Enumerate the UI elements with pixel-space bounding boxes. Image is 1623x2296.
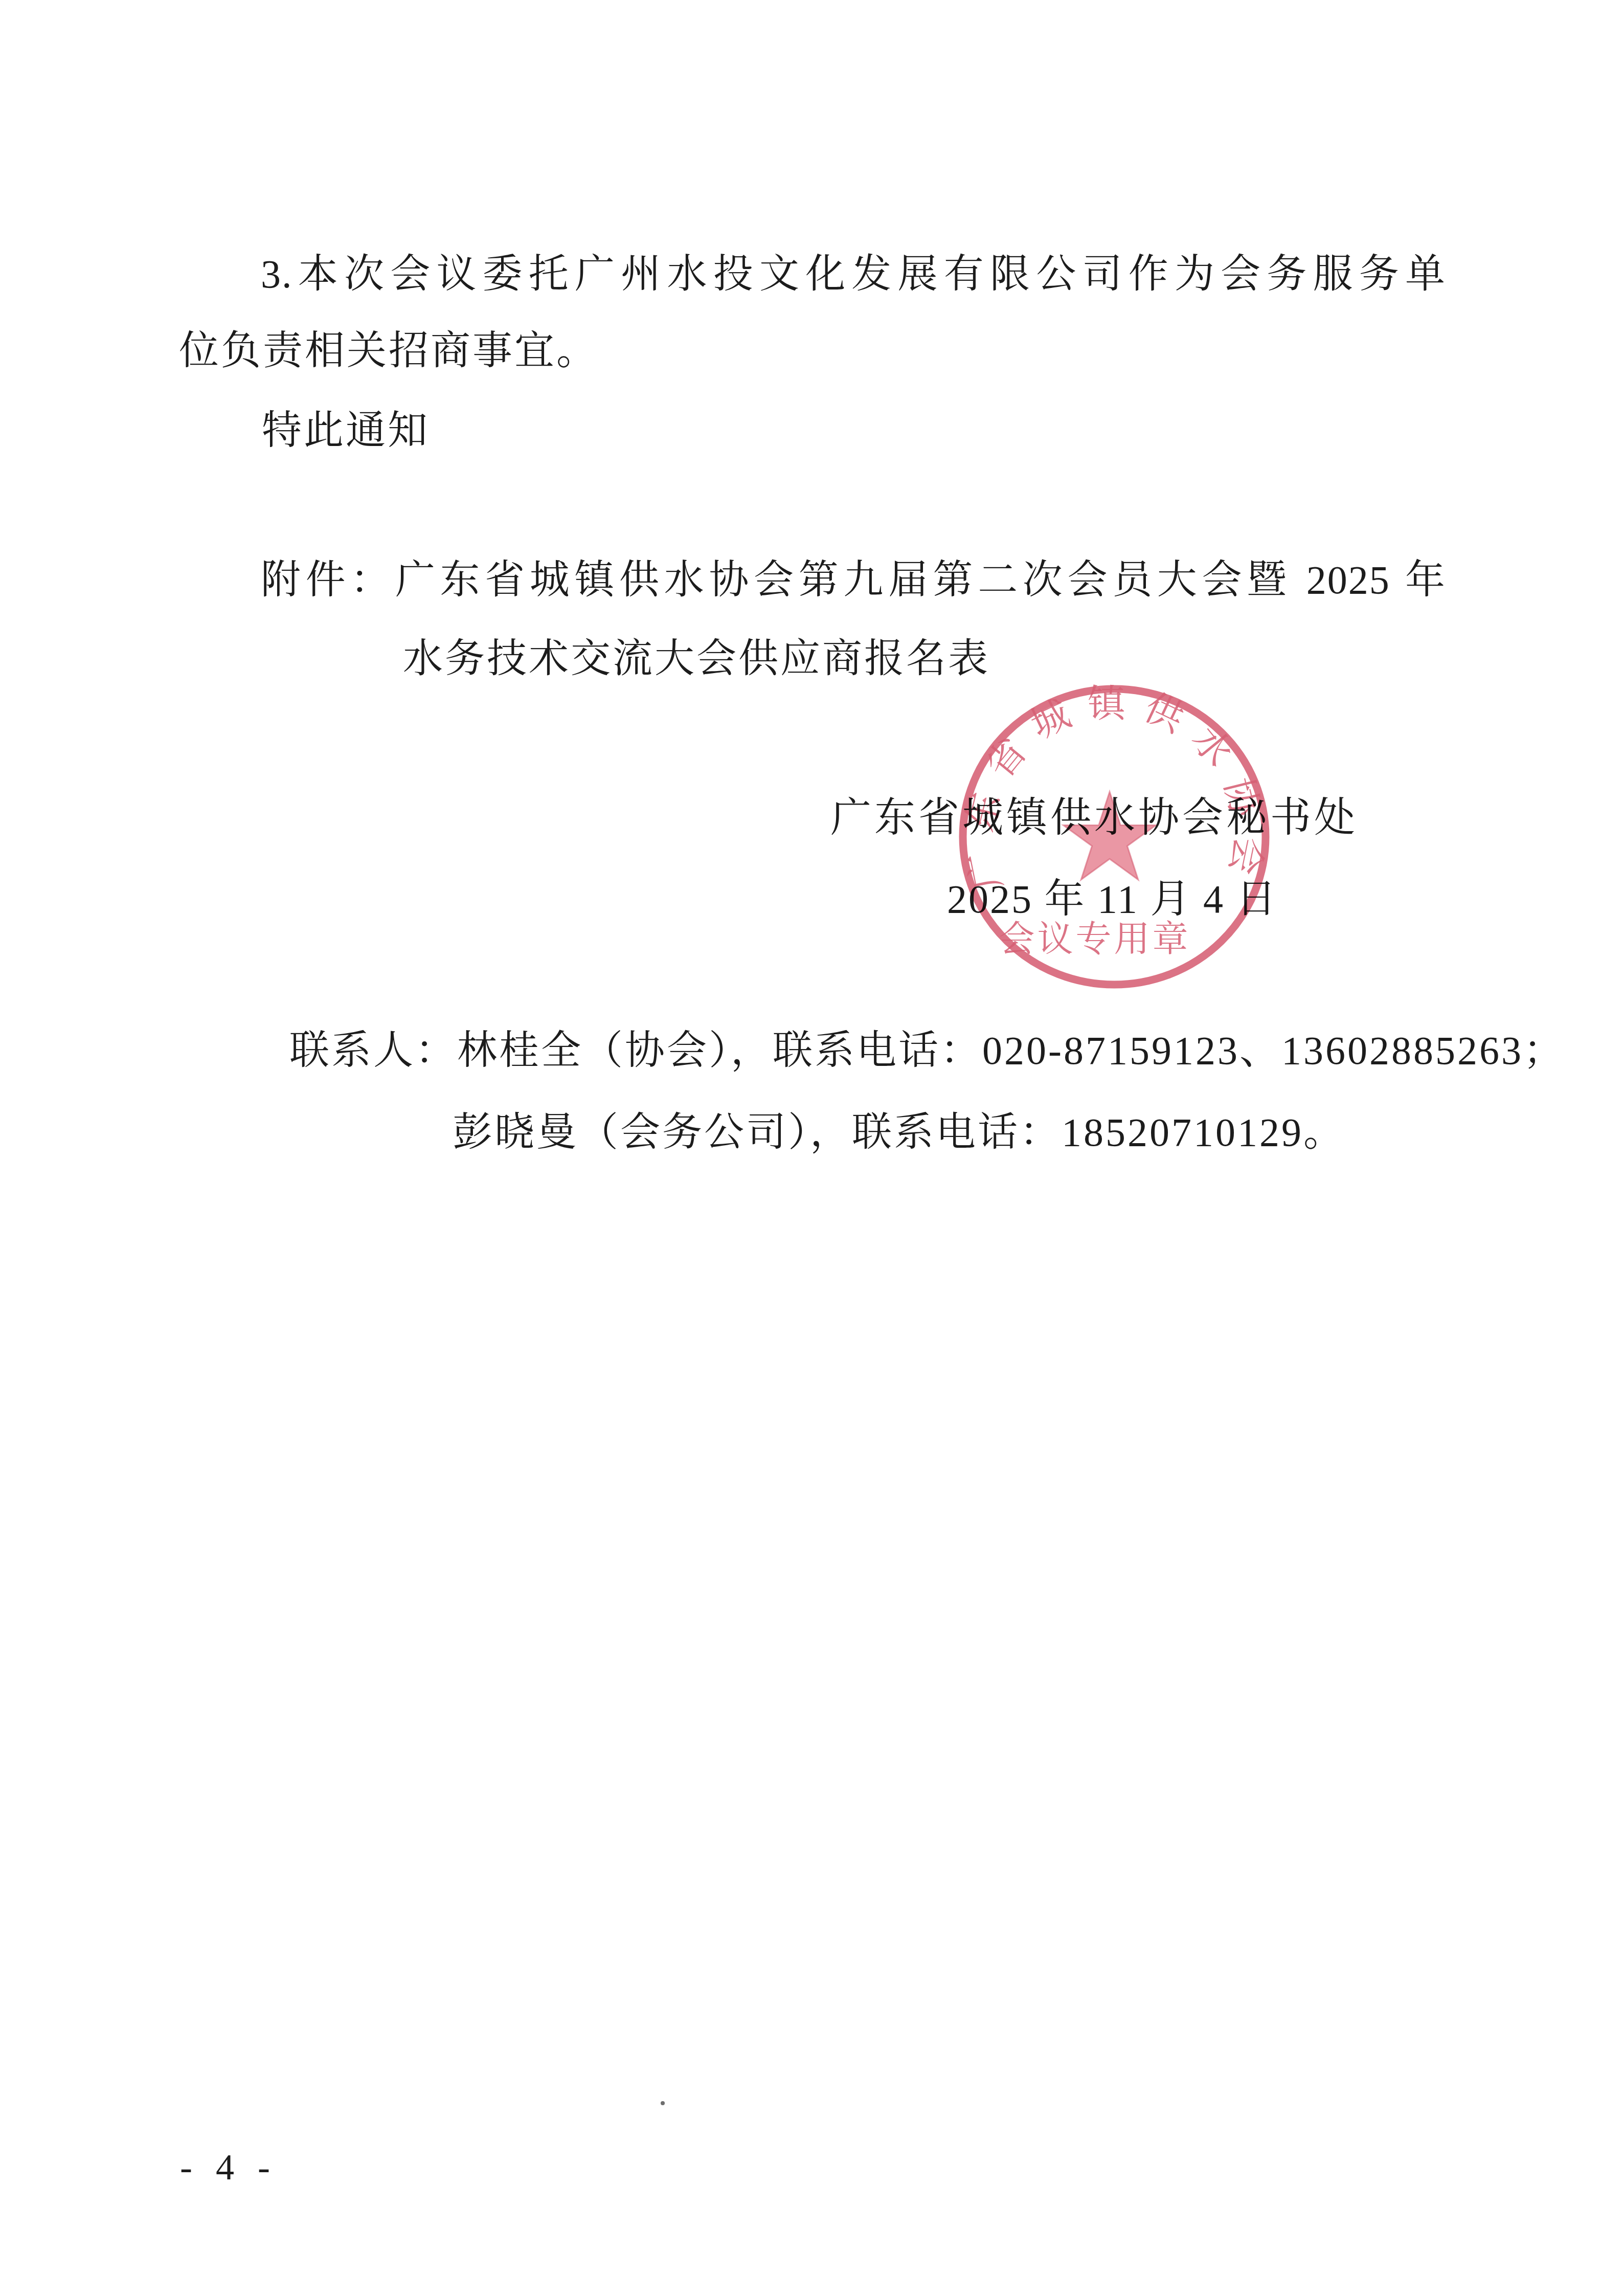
seal-arc-text: 广东省城镇供水协会 [959,683,1270,894]
page-number: - 4 - [180,2146,277,2189]
notice-line: 特此通知 [262,407,430,454]
seal-bottom-text: 会议专用章 [999,920,1191,960]
issuer-signature: 广东省城镇供水协会秘书处 [830,794,1358,842]
contact-line2: 彭晓曼（会务公司），联系电话：18520710129。 [453,1109,1345,1156]
paragraph3-line2: 位负责相关招商事宜。 [179,327,598,374]
attachment-line1: 附件：广东省城镇供水协会第九届第二次会员大会暨 2025 年 [179,556,1446,604]
scan-speck [661,2101,665,2105]
attachment-line2: 水务技术交流大会供应商报名表 [403,635,990,682]
paragraph3-line1: 3.本次会议委托广州水投文化发展有限公司作为会务服务单 [179,251,1446,298]
document-page: 3.本次会议委托广州水投文化发展有限公司作为会务服务单 位负责相关招商事宜。 特… [0,0,1623,2296]
issue-date: 2025 年 11 月 4 日 [947,876,1278,923]
seal-arc-textpath: 广东省城镇供水协会 [959,683,1270,894]
contact-line1: 联系人：林桂全（协会），联系电话：020-87159123、1360288526… [289,1027,1565,1074]
